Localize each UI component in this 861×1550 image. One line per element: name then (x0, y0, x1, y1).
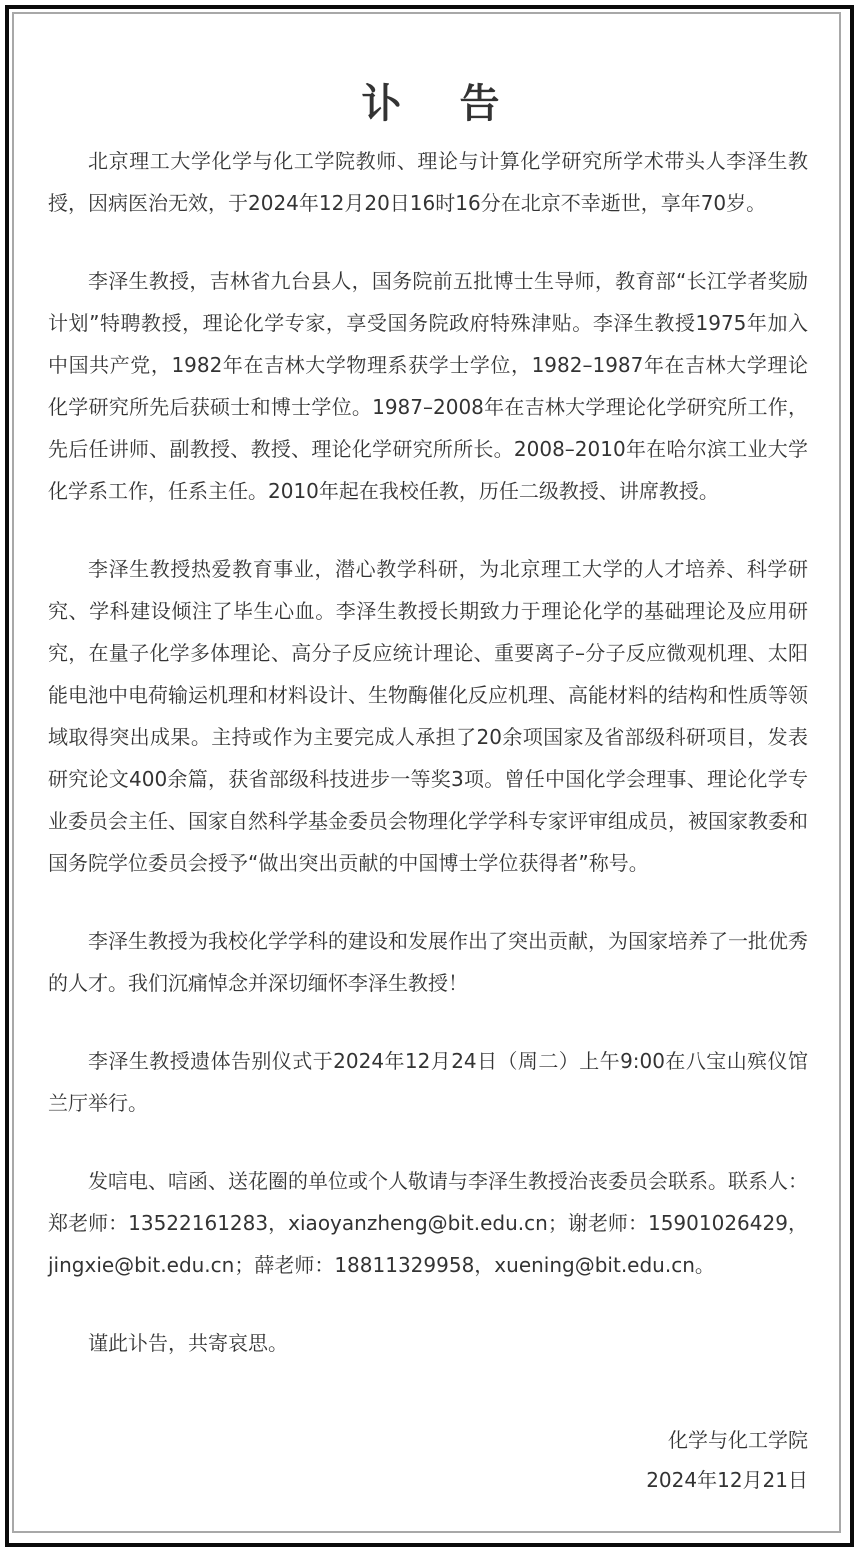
obituary-title: 讣告 (0, 77, 861, 131)
paragraph-tribute: 李泽生教授为我校化学学科的建设和发展作出了突出贡献，为国家培养了一批优秀的人才。… (48, 920, 808, 1004)
title-char-1: 讣 (362, 81, 402, 127)
paragraph-contact-info: 发唁电、唁函、送花圈的单位或个人敬请与李泽生教授治丧委员会联系。联系人：郑老师：… (48, 1160, 808, 1286)
paragraph-achievements: 李泽生教授热爱教育事业，潜心教学科研，为北京理工大学的人才培养、科学研究、学科建… (48, 548, 808, 884)
signature-block: 化学与化工学院 2024年12月21日 (646, 1420, 808, 1500)
signature-date: 2024年12月21日 (646, 1460, 808, 1500)
paragraph-farewell-ceremony: 李泽生教授遗体告别仪式于2024年12月24日（周二）上午9:00在八宝山殡仪馆… (48, 1040, 808, 1124)
paragraph-closing: 谨此讣告，共寄哀思。 (48, 1322, 808, 1364)
paragraph-biography: 李泽生教授，吉林省九台县人，国务院前五批博士生导师，教育部“长江学者奖励计划”特… (48, 260, 808, 512)
title-char-2: 告 (460, 81, 500, 127)
paragraph-announcement: 北京理工大学化学与化工学院教师、理论与计算化学研究所学术带头人李泽生教授，因病医… (48, 140, 808, 224)
signature-organization: 化学与化工学院 (646, 1420, 808, 1460)
obituary-body: 北京理工大学化学与化工学院教师、理论与计算化学研究所学术带头人李泽生教授，因病医… (48, 140, 808, 1400)
